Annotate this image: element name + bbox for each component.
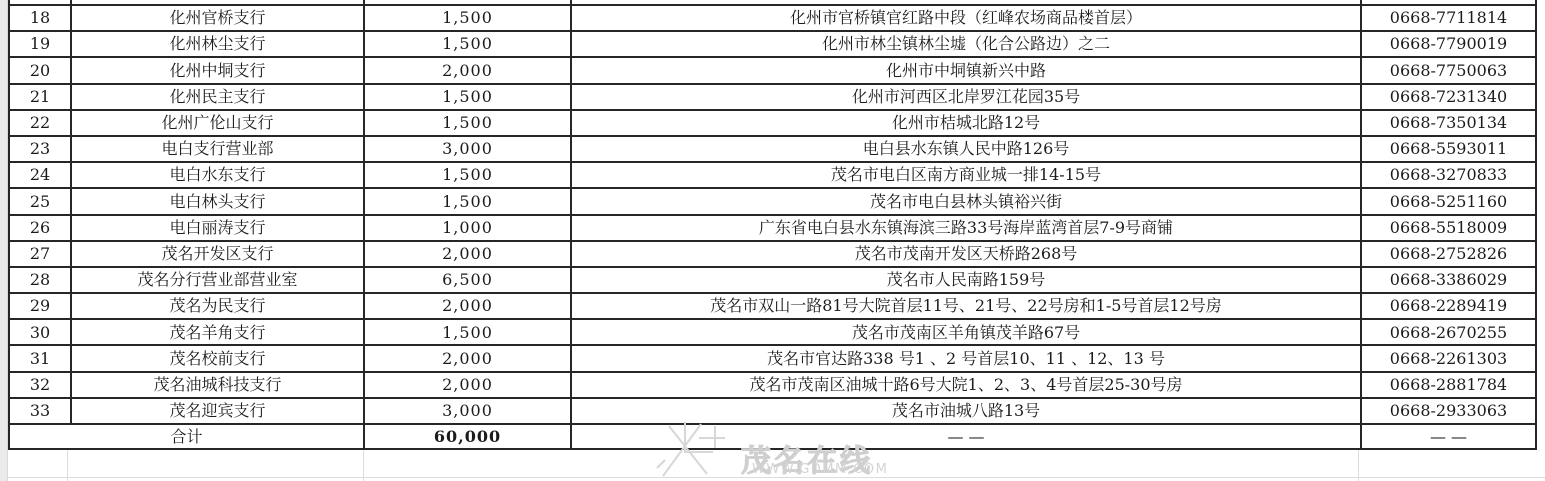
total-phone-cell[interactable]: — — [1361, 424, 1536, 449]
address-cell[interactable]: 茂名市双山一路81号大院首层11号、21号、22号房和1-5号首层12号房 [571, 293, 1361, 319]
row-number-cell[interactable]: 19 [9, 31, 71, 57]
address-cell[interactable]: 茂名市茂南开发区天桥路268号 [571, 241, 1361, 267]
address-cell[interactable]: 茂名市茂南区油城十路6号大院1、2、3、4号首层25-30号房 [571, 372, 1361, 398]
row-number-cell[interactable]: 33 [9, 398, 71, 424]
phone-cell[interactable]: 0668-2289419 [1361, 293, 1536, 319]
branch-name-cell[interactable]: 茂名油城科技支行 [71, 372, 364, 398]
total-amount-cell[interactable]: 60,000 [364, 424, 571, 449]
phone-cell[interactable]: 0668-3270833 [1361, 162, 1536, 188]
address-cell[interactable]: 茂名市茂南区羊角镇茂羊路67号 [571, 319, 1361, 345]
phone-cell[interactable]: 0668-5518009 [1361, 215, 1536, 241]
phone-cell[interactable]: 0668-2670255 [1361, 319, 1536, 345]
row-number-cell[interactable]: 32 [9, 372, 71, 398]
amount-cell[interactable]: 1,500 [364, 5, 571, 31]
phone-cell[interactable]: 0668-2261303 [1361, 345, 1536, 371]
branch-name-cell[interactable]: 化州广伦山支行 [71, 110, 364, 136]
phone-cell[interactable]: 0668-5251160 [1361, 188, 1536, 214]
amount-cell[interactable]: 2,000 [364, 241, 571, 267]
amount-cell[interactable]: 2,000 [364, 57, 571, 83]
branch-name-cell[interactable]: 化州民主支行 [71, 84, 364, 110]
amount-cell[interactable]: 2,000 [364, 345, 571, 371]
table-row: 19 化州林尘支行 1,500 化州市林尘镇林尘墟（化合公路边）之二 0668-… [9, 31, 1536, 57]
row-number-cell[interactable]: 22 [9, 110, 71, 136]
address-cell[interactable]: 茂名市人民南路159号 [571, 267, 1361, 293]
branch-name-cell[interactable]: 茂名羊角支行 [71, 319, 364, 345]
amount-cell[interactable]: 2,000 [364, 372, 571, 398]
amount-cell[interactable]: 1,500 [364, 188, 571, 214]
total-row: 合计 60,000 — — — — [9, 424, 1536, 449]
amount-cell[interactable]: 1,500 [364, 162, 571, 188]
branch-name-cell[interactable]: 化州林尘支行 [71, 31, 364, 57]
phone-cell[interactable]: 0668-2933063 [1361, 398, 1536, 424]
address-cell[interactable]: 化州市林尘镇林尘墟（化合公路边）之二 [571, 31, 1361, 57]
faint-gridline [8, 477, 1545, 478]
amount-cell[interactable]: 1,500 [364, 84, 571, 110]
table-row: 28 茂名分行营业部营业室 6,500 茂名市人民南路159号 0668-338… [9, 267, 1536, 293]
amount-cell[interactable]: 6,500 [364, 267, 571, 293]
sheet-left-margin [0, 0, 8, 481]
branch-name-cell[interactable]: 化州中垌支行 [71, 57, 364, 83]
table-row: 21 化州民主支行 1,500 化州市河西区北岸罗江花园35号 0668-723… [9, 84, 1536, 110]
address-cell[interactable]: 广东省电白县水东镇海滨三路33号海岸蓝湾首层7-9号商铺 [571, 215, 1361, 241]
phone-cell[interactable]: 0668-7350134 [1361, 110, 1536, 136]
amount-cell[interactable]: 3,000 [364, 136, 571, 162]
address-cell[interactable]: 茂名市油城八路13号 [571, 398, 1361, 424]
branch-name-cell[interactable]: 化州官桥支行 [71, 5, 364, 31]
address-cell[interactable]: 茂名市电白区南方商业城一排14-15号 [571, 162, 1361, 188]
table-row: 22 化州广伦山支行 1,500 化州市桔城北路12号 0668-7350134 [9, 110, 1536, 136]
amount-cell[interactable]: 2,000 [364, 293, 571, 319]
row-number-cell[interactable]: 31 [9, 345, 71, 371]
phone-cell[interactable]: 0668-5593011 [1361, 136, 1536, 162]
phone-cell[interactable]: 0668-3386029 [1361, 267, 1536, 293]
row-number-cell[interactable]: 26 [9, 215, 71, 241]
row-number-cell[interactable]: 20 [9, 57, 71, 83]
branch-name-cell[interactable]: 电白丽涛支行 [71, 215, 364, 241]
total-label-cell[interactable]: 合计 [9, 424, 364, 449]
phone-cell[interactable]: 0668-7231340 [1361, 84, 1536, 110]
row-number-cell[interactable]: 25 [9, 188, 71, 214]
table-row: 33 茂名迎宾支行 3,000 茂名市油城八路13号 0668-2933063 [9, 398, 1536, 424]
branch-name-cell[interactable]: 茂名分行营业部营业室 [71, 267, 364, 293]
amount-cell[interactable]: 1,500 [364, 31, 571, 57]
row-number-cell[interactable]: 27 [9, 241, 71, 267]
spreadsheet-screenshot: 18 化州官桥支行 1,500 化州市官桥镇官红路中段（红峰农场商品楼首层） 0… [0, 0, 1545, 481]
table-row: 27 茂名开发区支行 2,000 茂名市茂南开发区天桥路268号 0668-27… [9, 241, 1536, 267]
row-number-cell[interactable]: 30 [9, 319, 71, 345]
table-row: 26 电白丽涛支行 1,000 广东省电白县水东镇海滨三路33号海岸蓝湾首层7-… [9, 215, 1536, 241]
table-row: 25 电白林头支行 1,500 茂名市电白县林头镇裕兴街 0668-525116… [9, 188, 1536, 214]
amount-cell[interactable]: 1,500 [364, 110, 571, 136]
row-number-cell[interactable]: 24 [9, 162, 71, 188]
row-number-cell[interactable]: 23 [9, 136, 71, 162]
branch-name-cell[interactable]: 茂名开发区支行 [71, 241, 364, 267]
branch-name-cell[interactable]: 茂名校前支行 [71, 345, 364, 371]
phone-cell[interactable]: 0668-7790019 [1361, 31, 1536, 57]
amount-cell[interactable]: 1,000 [364, 215, 571, 241]
branch-name-cell[interactable]: 茂名迎宾支行 [71, 398, 364, 424]
row-number-cell[interactable]: 21 [9, 84, 71, 110]
table-row: 32 茂名油城科技支行 2,000 茂名市茂南区油城十路6号大院1、2、3、4号… [9, 372, 1536, 398]
branch-name-cell[interactable]: 茂名为民支行 [71, 293, 364, 319]
total-address-cell[interactable]: — — [571, 424, 1361, 449]
branch-table: 18 化州官桥支行 1,500 化州市官桥镇官红路中段（红峰农场商品楼首层） 0… [8, 0, 1537, 450]
branch-name-cell[interactable]: 电白支行营业部 [71, 136, 364, 162]
address-cell[interactable]: 化州市中垌镇新兴中路 [571, 57, 1361, 83]
address-cell[interactable]: 电白县水东镇人民中路126号 [571, 136, 1361, 162]
watermark-url: WWW.GDMM.COM [752, 462, 888, 477]
branch-name-cell[interactable]: 电白林头支行 [71, 188, 364, 214]
phone-cell[interactable]: 0668-2881784 [1361, 372, 1536, 398]
row-number-cell[interactable]: 28 [9, 267, 71, 293]
phone-cell[interactable]: 0668-7711814 [1361, 5, 1536, 31]
address-cell[interactable]: 化州市河西区北岸罗江花园35号 [571, 84, 1361, 110]
table-row: 24 电白水东支行 1,500 茂名市电白区南方商业城一排14-15号 0668… [9, 162, 1536, 188]
table-row: 31 茂名校前支行 2,000 茂名市官达路338 号1 、2 号首层10、11… [9, 345, 1536, 371]
amount-cell[interactable]: 1,500 [364, 319, 571, 345]
table-row: 18 化州官桥支行 1,500 化州市官桥镇官红路中段（红峰农场商品楼首层） 0… [9, 5, 1536, 31]
amount-cell[interactable]: 3,000 [364, 398, 571, 424]
branch-name-cell[interactable]: 电白水东支行 [71, 162, 364, 188]
row-number-cell[interactable]: 29 [9, 293, 71, 319]
row-number-cell[interactable]: 18 [9, 5, 71, 31]
phone-cell[interactable]: 0668-2752826 [1361, 241, 1536, 267]
address-cell[interactable]: 化州市官桥镇官红路中段（红峰农场商品楼首层） [571, 5, 1361, 31]
table-row: 23 电白支行营业部 3,000 电白县水东镇人民中路126号 0668-559… [9, 136, 1536, 162]
address-cell[interactable]: 茂名市官达路338 号1 、2 号首层10、11 、12、13 号 [571, 345, 1361, 371]
table-row: 29 茂名为民支行 2,000 茂名市双山一路81号大院首层11号、21号、22… [9, 293, 1536, 319]
address-cell[interactable]: 化州市桔城北路12号 [571, 110, 1361, 136]
table-row: 30 茂名羊角支行 1,500 茂名市茂南区羊角镇茂羊路67号 0668-267… [9, 319, 1536, 345]
table-row: 20 化州中垌支行 2,000 化州市中垌镇新兴中路 0668-7750063 [9, 57, 1536, 83]
phone-cell[interactable]: 0668-7750063 [1361, 57, 1536, 83]
address-cell[interactable]: 茂名市电白县林头镇裕兴街 [571, 188, 1361, 214]
